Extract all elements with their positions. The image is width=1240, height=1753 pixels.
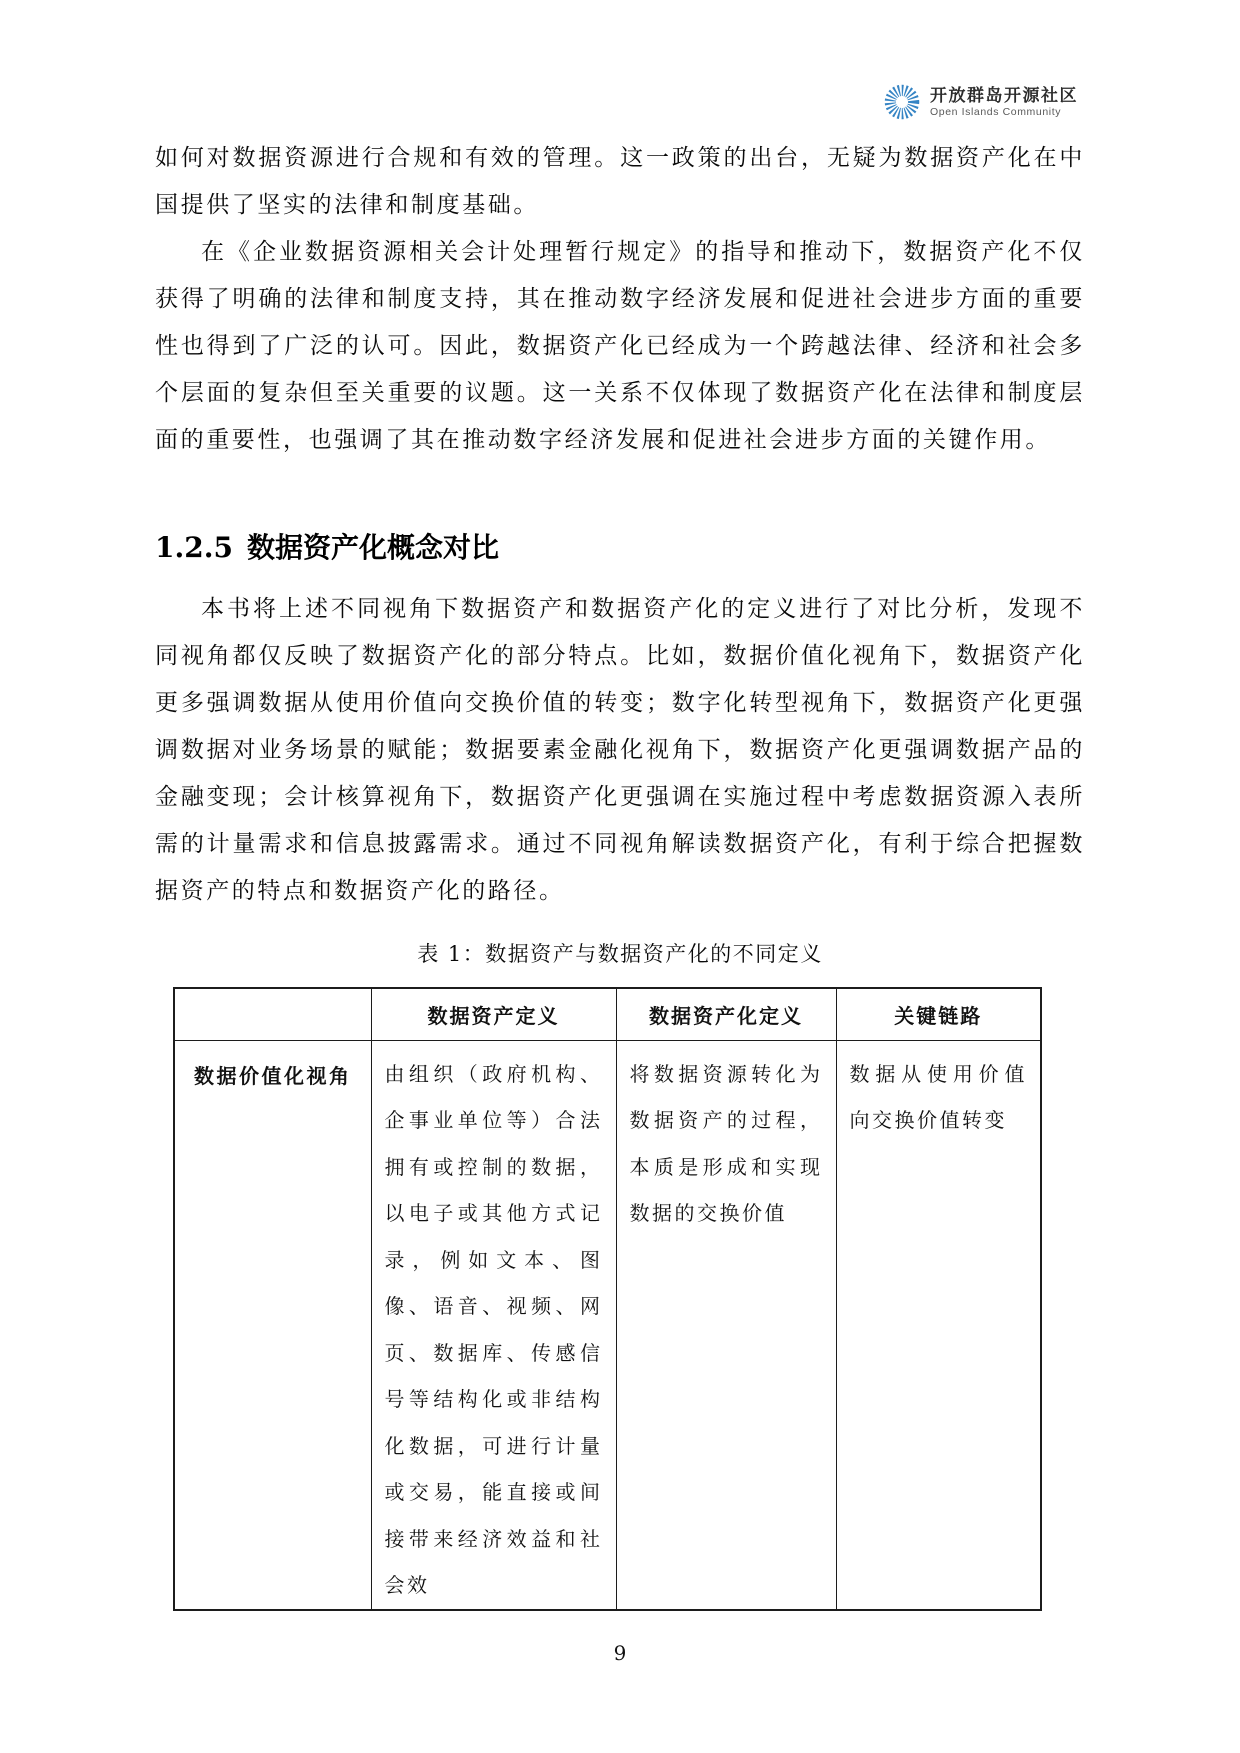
section-title: 数据资产化概念对比 bbox=[247, 532, 499, 563]
header-cell-key-link: 关键链路 bbox=[836, 988, 1041, 1040]
cell-capitalization-definition: 将数据资源转化为数据资产的过程，本质是形成和实现数据的交换价值 bbox=[616, 1040, 836, 1610]
section-number: 1.2.5 bbox=[155, 531, 233, 564]
table-row: 数据价值化视角 由组织（政府机构、企事业单位等）合法拥有或控制的数据，以电子或其… bbox=[174, 1040, 1041, 1610]
page-content: 如何对数据资源进行合规和有效的管理。这一政策的出台，无疑为数据资产化在中国提供了… bbox=[0, 0, 1240, 1611]
cell-asset-definition: 由组织（政府机构、企事业单位等）合法拥有或控制的数据，以电子或其他方式记录，例如… bbox=[371, 1040, 616, 1610]
page-number: 9 bbox=[0, 1638, 1240, 1668]
logo-name-en: Open Islands Community bbox=[930, 106, 1078, 118]
table-caption: 表 1：数据资产与数据资产化的不同定义 bbox=[155, 933, 1085, 975]
header-cell-asset-definition: 数据资产定义 bbox=[371, 988, 616, 1040]
logo: 开放群岛开源社区 Open Islands Community bbox=[884, 84, 1078, 120]
paragraph-regulation: 在《企业数据资源相关会计处理暂行规定》的指导和推动下，数据资产化不仅获得了明确的… bbox=[155, 229, 1085, 464]
document-page: 开放群岛开源社区 Open Islands Community 如何对数据资源进… bbox=[0, 0, 1240, 1753]
definitions-table: 数据资产定义 数据资产化定义 关键链路 数据价值化视角 由组织（政府机构、企事业… bbox=[173, 987, 1042, 1611]
cell-key-link: 数据从使用价值向交换价值转变 bbox=[836, 1040, 1041, 1610]
sunburst-icon bbox=[884, 84, 920, 120]
logo-text: 开放群岛开源社区 Open Islands Community bbox=[930, 86, 1078, 118]
cell-view-label: 数据价值化视角 bbox=[174, 1040, 371, 1610]
paragraph-comparison: 本书将上述不同视角下数据资产和数据资产化的定义进行了对比分析，发现不同视角都仅反… bbox=[155, 586, 1085, 915]
section-heading: 1.2.5数据资产化概念对比 bbox=[155, 528, 1085, 568]
header-cell-capitalization-definition: 数据资产化定义 bbox=[616, 988, 836, 1040]
table-header-row: 数据资产定义 数据资产化定义 关键链路 bbox=[174, 988, 1041, 1040]
paragraph-continued: 如何对数据资源进行合规和有效的管理。这一政策的出台，无疑为数据资产化在中国提供了… bbox=[155, 135, 1085, 229]
logo-name-cn: 开放群岛开源社区 bbox=[930, 86, 1078, 106]
header-cell-empty bbox=[174, 988, 371, 1040]
